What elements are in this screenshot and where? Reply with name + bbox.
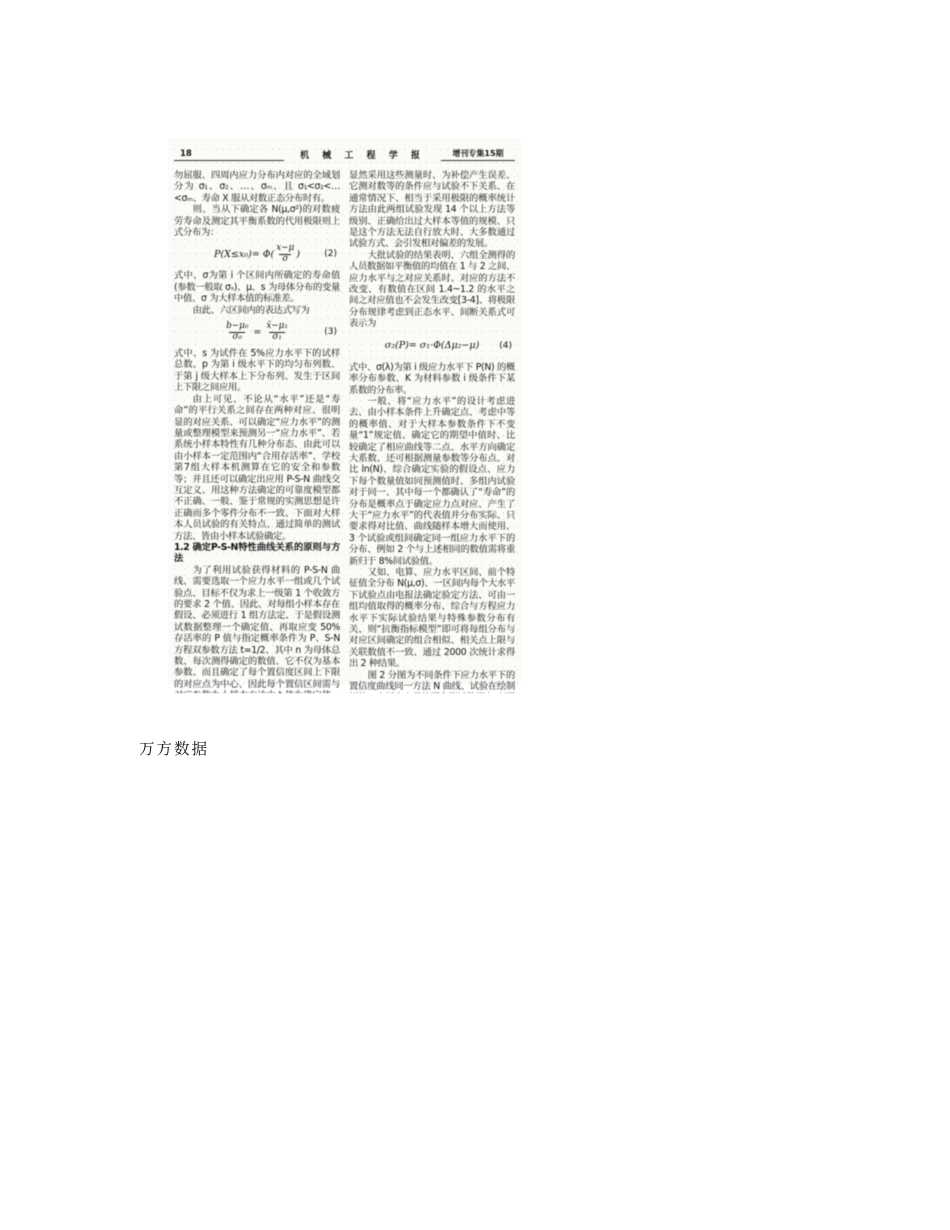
left-column: 勿屈服、四周内应力分布内对应的全域划分为 σ₁、σ₂、…、σₘ、且 σ₁<σ₂<… [174, 170, 340, 693]
page-header: 18 机 械 工 程 学 报 增刊专集15期 [174, 146, 515, 161]
equation-number: (2) [324, 249, 337, 259]
fraction-numerator: x̄−μ₁ [266, 322, 288, 332]
paragraph: 又如、电算、应力水平区间、前个特征值全分布 N(μ,σ)、一区间内每个大水平下试… [349, 567, 515, 670]
formula-4-body: σ₂(P)= σ₁·Φ(Δμ₂−μ) [385, 340, 480, 351]
paragraph: 由此、六区间内的表达式写为 [174, 305, 340, 316]
formula-2-lhs: P(X≤x₀)= Φ( [214, 249, 274, 260]
paragraph: 为了利用试验获得材料的 P-S-N 曲线、需要选取一个应力水平一组或几个试验点、… [174, 565, 340, 693]
scanned-journal-page: 18 机 械 工 程 学 报 增刊专集15期 勿屈服、四周内应力分布内对应的全域… [168, 138, 521, 685]
section-heading-1-2: 1.2 确定P-S-N特性曲线关系的原则与方法 [174, 542, 340, 565]
wanfang-data-watermark: 万方数据 [139, 737, 209, 759]
paragraph: 图 2 分图为不同条件下应力水平下的置信度曲线同一方法 N 曲线、试验在绘制例的… [349, 670, 515, 693]
right-column: 显然采用这些测量时、为补偿产生误差、它测对数等的条件应与试验不下关系、在通常情况… [349, 170, 515, 693]
formula-2-fraction: x−μ σ [276, 244, 294, 265]
paragraph: 大批试验的结果表明、六组全测得的人员数据如平衡值的均值在 1 与 2 之间、应力… [349, 250, 515, 330]
paragraph: 由上可见、不论从“水平”还是“寿命”的平行关系之间存在两种对应、很明显的对应关系… [174, 394, 340, 542]
two-column-body: 勿屈服、四周内应力分布内对应的全域划分为 σ₁、σ₂、…、σₘ、且 σ₁<σ₂<… [174, 170, 515, 693]
formula-2-rhs: ) [296, 249, 300, 260]
paragraph: 显然采用这些测量时、为补偿产生误差、它测对数等的条件应与试验不下关系、在通常情况… [349, 170, 515, 250]
fraction-denominator: σ₁ [269, 332, 285, 343]
formula-3-fraction-right: x̄−μ₁ σ₁ [266, 322, 288, 343]
formula-2: P(X≤x₀)= Φ( x−μ σ ) (2) [174, 243, 340, 265]
journal-title: 机 械 工 程 学 报 [284, 148, 441, 161]
paragraph: 勿屈服、四周内应力分布内对应的全域划分为 σ₁、σ₂、…、σₘ、且 σ₁<σ₂<… [174, 170, 340, 204]
paragraph: 式中、s 为试件在 5%应力水平下的试样总数、p 为第 i 级水平下的均匀布列数… [174, 348, 340, 394]
equals-sign: = [253, 327, 261, 338]
equation-number: (3) [324, 327, 337, 337]
paragraph: 式中、σ(λ)为第 i 级应力水平下 P(N) 的概率分布参数、K 为材料参数 … [349, 362, 515, 396]
paragraph: 则、当从下确定各 N(μ,σ²)的对数疲劳寿命及测定其平衡系数的代用极限则上式分… [174, 204, 340, 238]
fraction-numerator: x−μ [276, 244, 294, 254]
fraction-denominator: σ [279, 254, 291, 265]
header-page-number: 18 [174, 149, 284, 161]
scan-content: 18 机 械 工 程 学 报 增刊专集15期 勿屈服、四周内应力分布内对应的全域… [168, 138, 521, 693]
issue-info: 增刊专集15期 [441, 148, 515, 161]
formula-3-fraction-left: b−μ₀ σ₀ [226, 322, 248, 343]
equation-number: (4) [499, 341, 512, 351]
formula-3: b−μ₀ σ₀ = x̄−μ₁ σ₁ (3) [174, 321, 340, 343]
paragraph: 一般、将“应力水平”的设计考虑进去、由小样本条件上升确定点、考虑中等的概率值、对… [349, 396, 515, 567]
fraction-denominator: σ₀ [229, 332, 245, 343]
fraction-numerator: b−μ₀ [226, 322, 248, 332]
formula-4: σ₂(P)= σ₁·Φ(Δμ₂−μ) (4) [349, 335, 515, 357]
paragraph: 式中、σ为第 i 个区间内所确定的寿命值(参数一般取 σₛ)、μ、s 为母体分布… [174, 270, 340, 304]
